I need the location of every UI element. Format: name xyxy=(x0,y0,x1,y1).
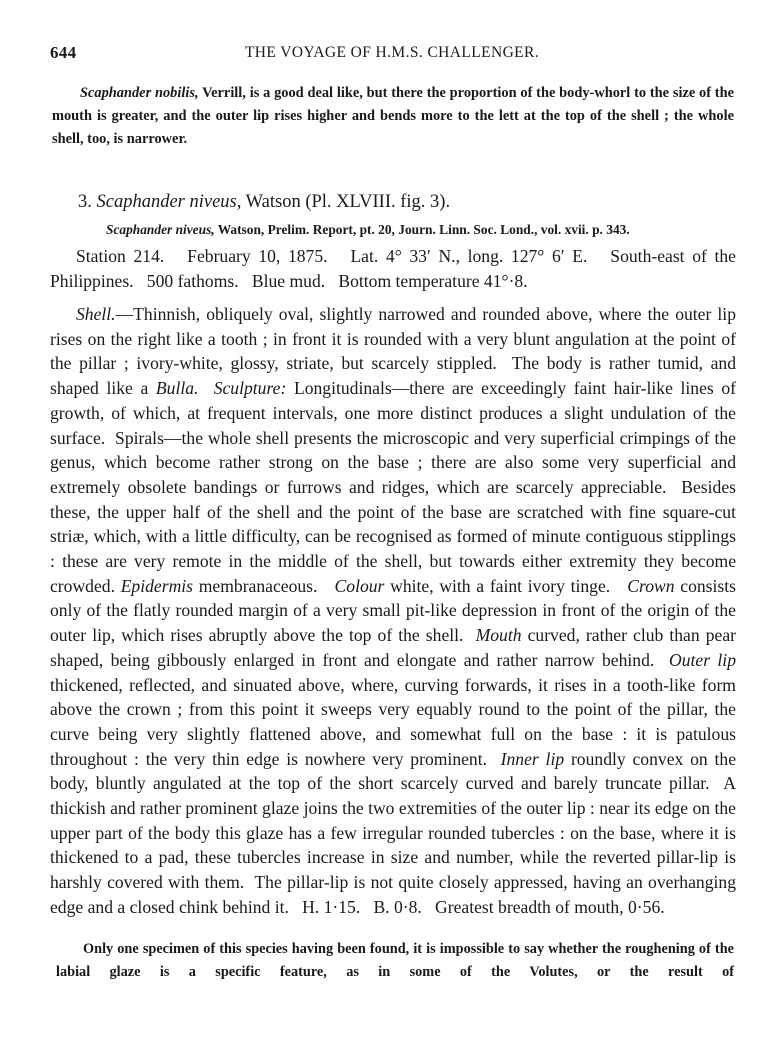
mouth-label: Mouth xyxy=(476,625,522,645)
species-heading: 3. Scaphander niveus, Watson (Pl. XLVIII… xyxy=(78,192,450,213)
sculpture-label: Sculpture: xyxy=(214,378,287,398)
station-paragraph: Station 214. February 10, 1875. Lat. 4° … xyxy=(50,244,736,293)
outer-lip-label: Outer lip xyxy=(669,650,736,670)
species-name-nobilis: Scaphander nobilis, xyxy=(80,85,199,101)
synonymy-reference: Scaphander niveus, Watson, Prelim. Repor… xyxy=(106,222,630,238)
epidermis-text: membranaceous. xyxy=(193,576,335,596)
species-authority: Watson (Pl. XLVIII. fig. 3). xyxy=(241,192,450,212)
book-page: 644 THE VOYAGE OF H.M.S. CHALLENGER. Sca… xyxy=(0,0,776,1050)
running-title: THE VOYAGE OF H.M.S. CHALLENGER. xyxy=(50,44,734,62)
inner-lip-text: roundly convex on the body, bluntly angu… xyxy=(50,749,740,917)
shell-label: Shell. xyxy=(76,304,116,324)
bulla-term: Bulla. xyxy=(156,378,199,398)
synonymy-name: Scaphander niveus, xyxy=(106,222,215,237)
species-number: 3. xyxy=(78,192,92,212)
synonymy-citation: Watson, Prelim. Report, pt. 20, Journ. L… xyxy=(215,222,630,237)
crown-label: Crown xyxy=(627,576,674,596)
sculpture-text: Longitudinals—there are exceedingly fain… xyxy=(50,378,740,596)
species-name: Scaphander niveus, xyxy=(97,192,242,212)
page-header: 644 THE VOYAGE OF H.M.S. CHALLENGER. xyxy=(50,43,734,65)
note-paragraph: Only one specimen of this species having… xyxy=(56,938,734,984)
note-text: Only one specimen of this species having… xyxy=(56,938,734,984)
colour-label: Colour xyxy=(335,576,385,596)
colour-text: white, with a faint ivory tinge. xyxy=(384,576,627,596)
station-text: Station 214. February 10, 1875. Lat. 4° … xyxy=(50,244,736,293)
inner-lip-label: Inner lip xyxy=(501,749,565,769)
epidermis-label: Epidermis xyxy=(121,576,193,596)
intro-paragraph: Scaphander nobilis, Verrill, is a good d… xyxy=(52,82,734,151)
description-paragraph: Shell.—Thinnish, obliquely oval, slightl… xyxy=(50,302,736,920)
